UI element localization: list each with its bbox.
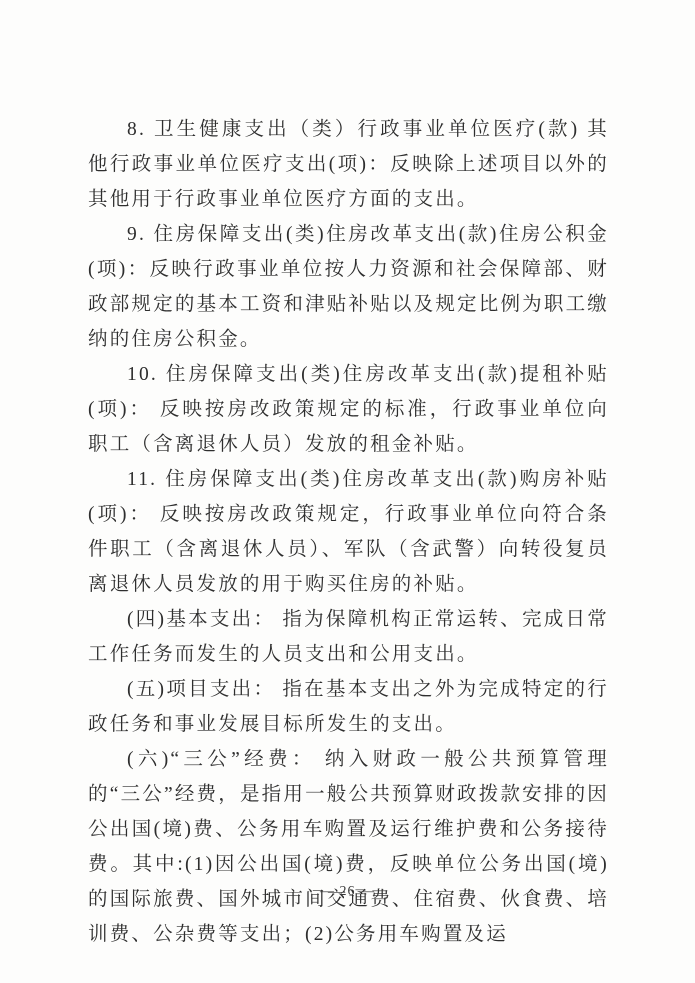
paragraph-9-housing-fund: 9. 住房保障支出(类)住房改革支出(款)住房公积金(项)：反映行政事业单位按人… xyxy=(88,217,609,357)
paragraph-10-rent-subsidy: 10. 住房保障支出(类)住房改革支出(款)提租补贴(项)： 反映按房改政策规定… xyxy=(88,357,609,462)
paragraph-three-public-funds: (六)“三公”经费： 纳入财政一般公共预算管理的“三公”经费，是指用一般公共预算… xyxy=(88,742,609,952)
paragraph-8-health-expenditure: 8. 卫生健康支出（类）行政事业单位医疗(款) 其他行政事业单位医疗支出(项)：… xyxy=(88,112,609,217)
document-page: 8. 卫生健康支出（类）行政事业单位医疗(款) 其他行政事业单位医疗支出(项)：… xyxy=(0,0,695,983)
paragraph-11-home-purchase-subsidy: 11. 住房保障支出(类)住房改革支出(款)购房补贴(项)： 反映按房改政策规定… xyxy=(88,462,609,602)
paragraph-project-expenditure: (五)项目支出： 指在基本支出之外为完成特定的行政任务和事业发展目标所发生的支出… xyxy=(88,672,609,742)
paragraph-basic-expenditure: (四)基本支出： 指为保障机构正常运转、完成日常工作任务而发生的人员支出和公用支… xyxy=(88,602,609,672)
page-number: — 26 — xyxy=(0,884,695,900)
